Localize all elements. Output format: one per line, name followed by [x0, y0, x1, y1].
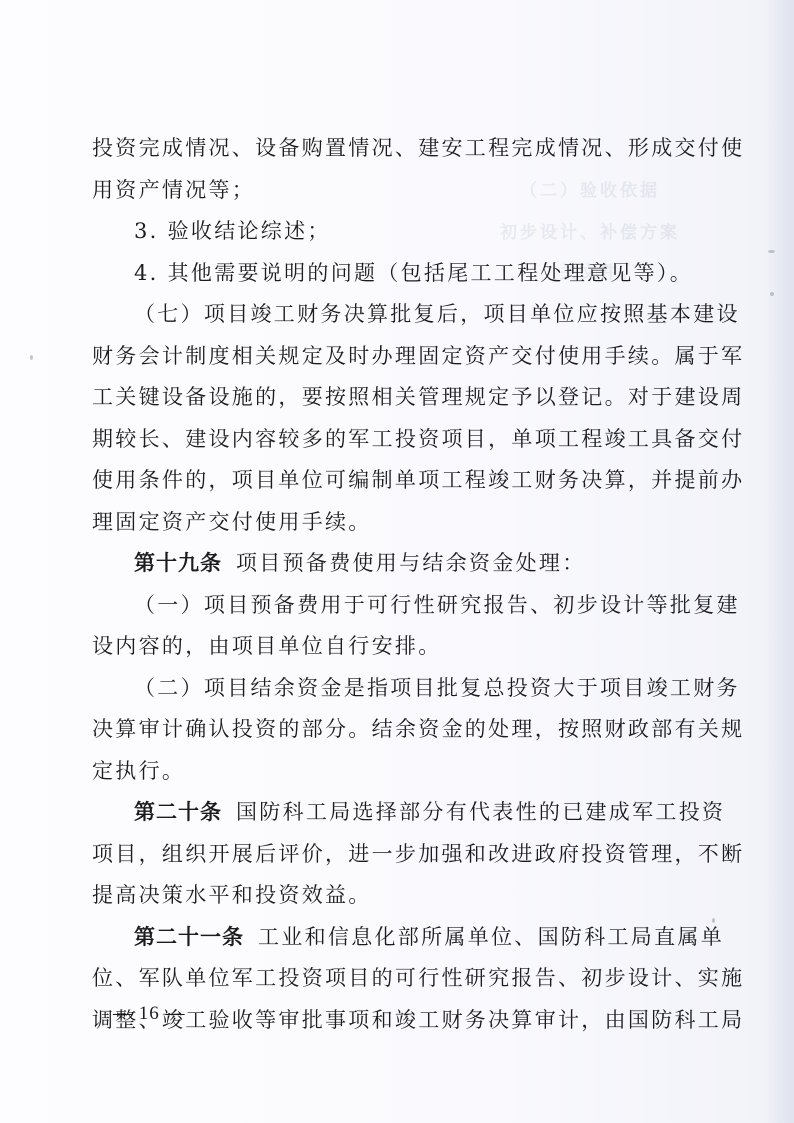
article-20-line: 第二十条国防科工局选择部分有代表性的已建成军工投资 [92, 792, 708, 834]
text-line: 期较长、建设内容较多的军工投资项目，单项工程竣工具备交付 [92, 419, 708, 461]
text-line: （七）项目竣工财务决算批复后，项目单位应按照基本建设 [92, 294, 708, 336]
text-line: 设内容的，由项目单位自行安排。 [92, 626, 708, 668]
article-21-line: 第二十一条工业和信息化部所属单位、国防科工局直属单 [92, 917, 708, 959]
article-heading: 第十九条 [134, 551, 222, 575]
scan-speck [770, 292, 774, 296]
text-line: 4. 其他需要说明的问题（包括尾工工程处理意见等）。 [92, 253, 708, 295]
article-19-line: 第十九条项目预备费使用与结余资金处理： [92, 543, 708, 585]
text-line: 3. 验收结论综述； [92, 211, 708, 253]
text-line: 决算审计确认投资的部分。结余资金的处理，按照财政部有关规 [92, 709, 708, 751]
article-text: 工业和信息化部所属单位、国防科工局直属单 [258, 925, 724, 949]
article-text: 国防科工局选择部分有代表性的已建成军工投资 [236, 800, 725, 824]
text-line: 财务会计制度相关规定及时办理固定资产交付使用手续。属于军 [92, 336, 708, 378]
text-line: 定执行。 [92, 751, 708, 793]
text-line: 位、军队单位军工投资项目的可行性研究报告、初步设计、实施 [92, 958, 708, 1000]
scan-speck [768, 250, 775, 253]
page-edge-shadow [768, 0, 794, 1123]
text-line: 理固定资产交付使用手续。 [92, 502, 708, 544]
article-text: 项目预备费使用与结余资金处理： [236, 551, 586, 575]
text-line: 使用条件的，项目单位可编制单项工程竣工财务决算，并提前办 [92, 460, 708, 502]
text-line: （二）项目结余资金是指项目批复总投资大于项目竣工财务 [92, 668, 708, 710]
body-text: 投资完成情况、设备购置情况、建安工程完成情况、形成交付使 用资产情况等； 3. … [92, 128, 708, 1041]
text-line: 用资产情况等； [92, 170, 708, 212]
article-heading: 第二十一条 [134, 925, 244, 949]
text-line: 提高决策水平和投资效益。 [92, 875, 708, 917]
page-number: — 16 — [113, 1003, 186, 1025]
article-heading: 第二十条 [134, 800, 222, 824]
text-line: （一）项目预备费用于可行性研究报告、初步设计等批复建 [92, 585, 708, 627]
text-line: 项目，组织开展后评价，进一步加强和改进政府投资管理，不断 [92, 834, 708, 876]
text-line: 工关键设备设施的，要按照相关管理规定予以登记。对于建设周 [92, 377, 708, 419]
text-line: 投资完成情况、设备购置情况、建安工程完成情况、形成交付使 [92, 128, 708, 170]
scanned-page: （二）验收依据 初步设计、补偿方案 关文件。 投资完成情况、设备购置情况、建安工… [0, 0, 794, 1123]
scan-speck [30, 355, 33, 360]
